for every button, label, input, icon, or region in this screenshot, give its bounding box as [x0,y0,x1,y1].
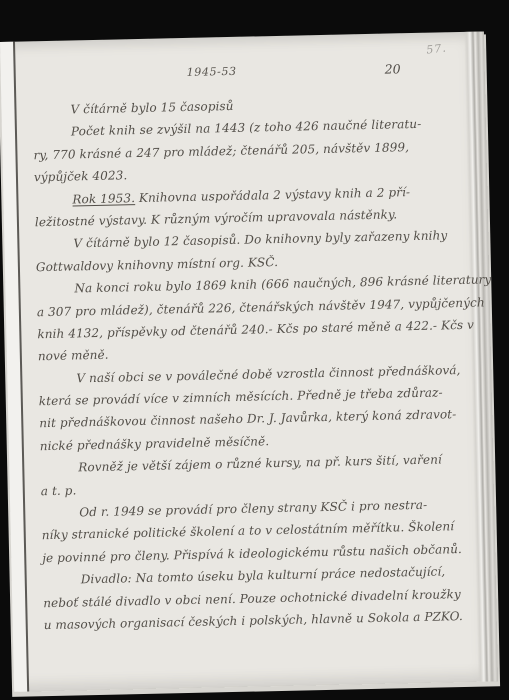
handwritten-text: V čítárně bylo 15 časopisůPočet knih se … [32,90,490,637]
underlined-heading: Rok 1953. [72,191,135,206]
page-header: 1945-53 20 [1,59,485,88]
pencil-corner-mark: 57. [426,41,448,56]
page-header-years: 1945-53 [187,65,237,79]
scanned-page-photo: 57. 1945-53 20 V čítárně bylo 15 časopis… [0,0,509,700]
notebook-page: 57. 1945-53 20 V čítárně bylo 15 časopis… [0,31,498,691]
photo-canvas: { "colors": { "background": "#0b0b0b", "… [0,0,509,700]
page-number: 20 [385,61,401,76]
